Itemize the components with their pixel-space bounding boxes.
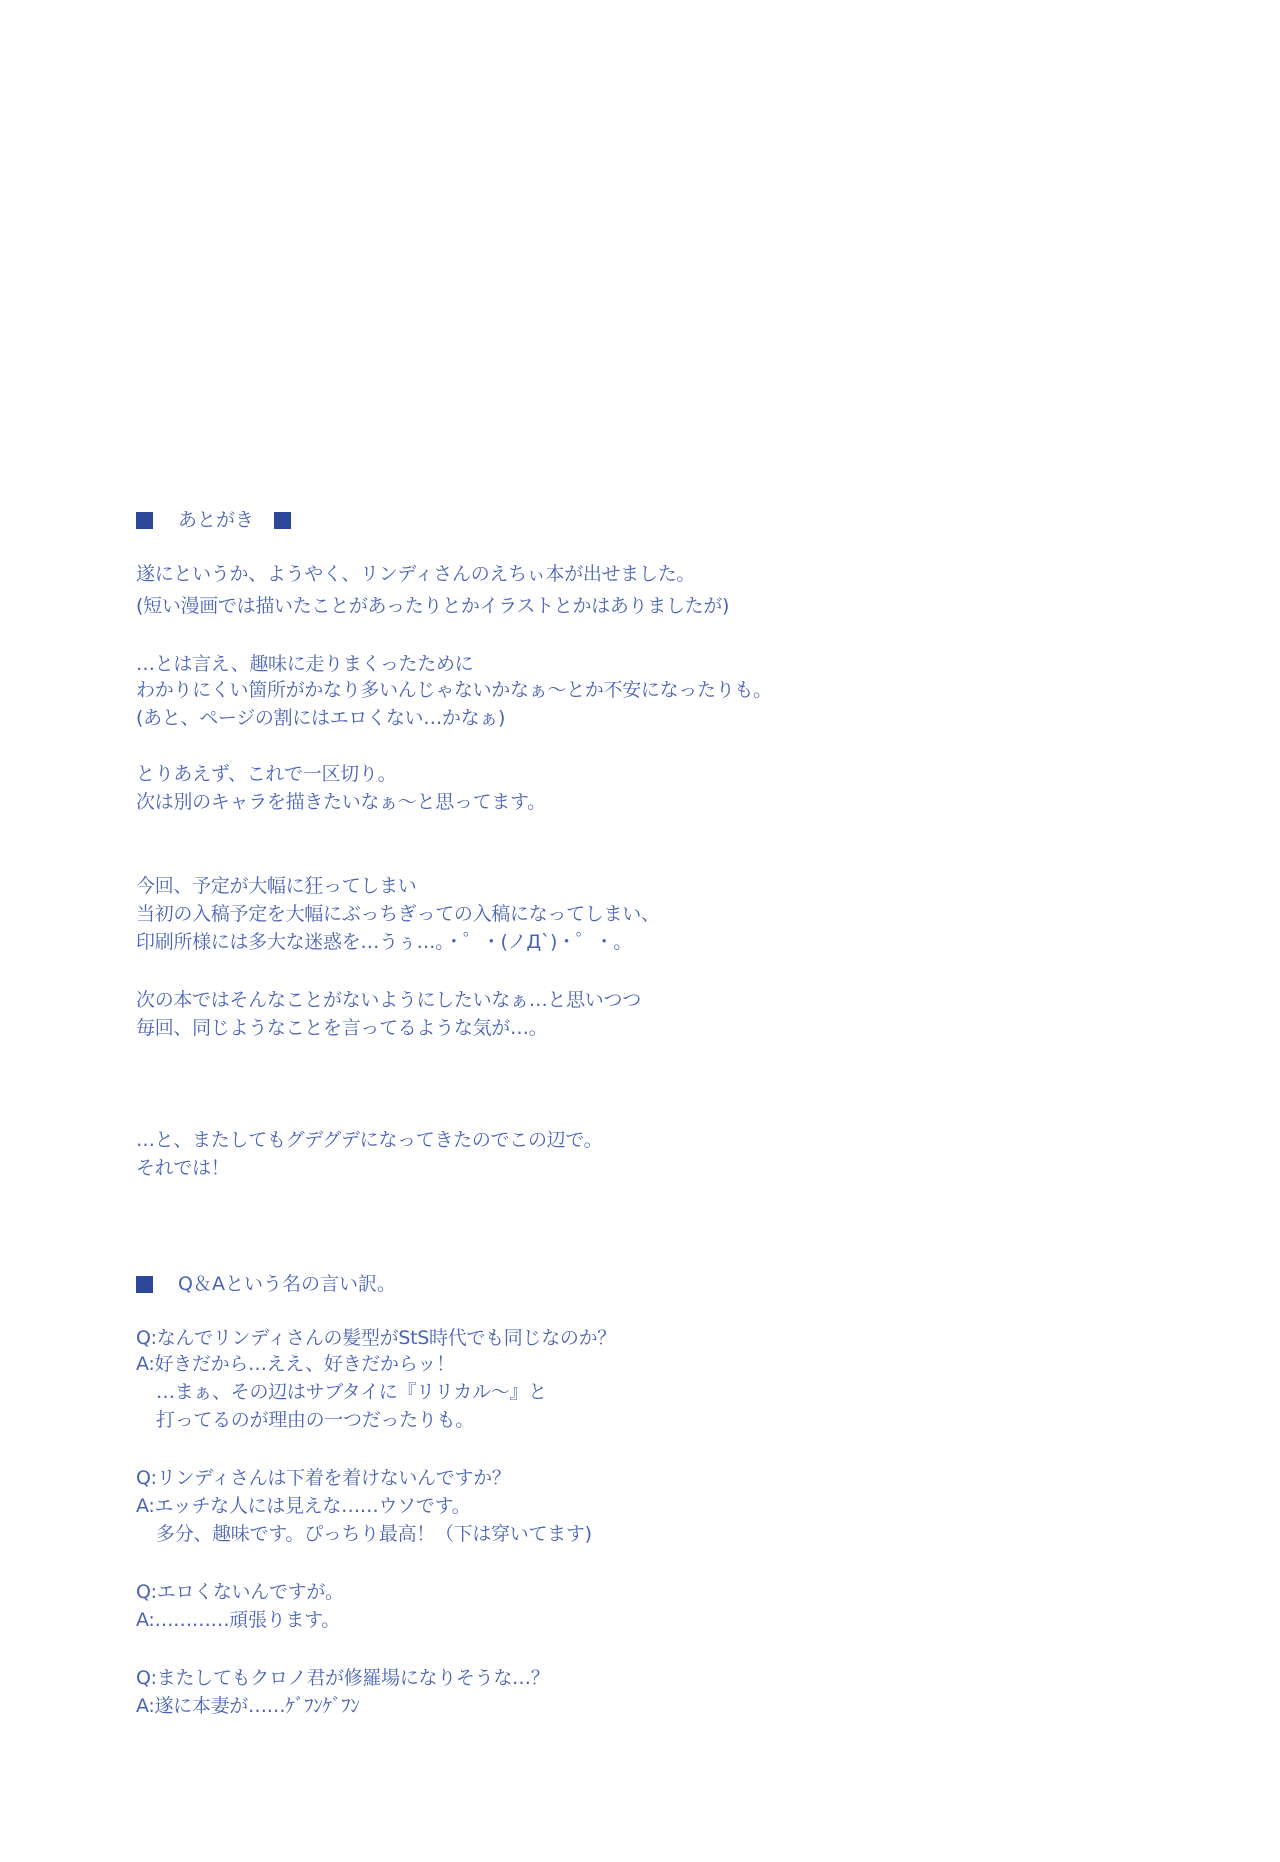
afterword-line: (あと、ページの割にはエロくない…かなぁ) — [136, 706, 505, 730]
afterword-line: とりあえず、これで一区切り。 — [136, 762, 396, 786]
afterword-line: …とは言え、趣味に走りまくったために — [136, 652, 473, 676]
afterword-line: 当初の入稿予定を大幅にぶっちぎっての入稿になってしまい、 — [136, 902, 660, 926]
afterword-heading: あとがき — [136, 508, 291, 532]
afterword-title: あとがき — [178, 508, 254, 532]
afterword-line: 遂にというか、ようやく、リンディさんのえちぃ本が出せました。 — [136, 562, 695, 586]
afterword-line: わかりにくい箇所がかなり多いんじゃないかなぁ〜とか不安になったりも。 — [136, 678, 772, 702]
qa-title: Q＆Aという名の言い訳。 — [178, 1272, 396, 1296]
afterword-line: それでは！ — [136, 1156, 230, 1180]
afterword-line: 今回、予定が大幅に狂ってしまい — [136, 874, 417, 898]
square-marker-icon — [274, 512, 291, 529]
afterword-line: 印刷所様には多大な迷惑を…うぅ…。・゜・(ノД`)・゜・。 — [136, 930, 632, 954]
afterword-line: (短い漫画では描いたことがあったりとかイラストとかはありましたが) — [136, 594, 729, 618]
question: Q:リンディさんは下着を着けないんですか？ — [136, 1466, 511, 1490]
question: Q:なんでリンディさんの髪型がStS時代でも同じなのか？ — [136, 1326, 616, 1350]
answer-continuation: 打ってるのが理由の一つだったりも。 — [156, 1408, 474, 1432]
answer: A:遂に本妻が……ｹﾞﾌﾝｹﾞﾌﾝ — [136, 1694, 360, 1718]
answer: A:…………頑張ります。 — [136, 1608, 340, 1632]
answer: A:エッチな人には見えな……ウソです。 — [136, 1494, 470, 1518]
afterword-line: 次の本ではそんなことがないようにしたいなぁ…と思いつつ — [136, 988, 641, 1012]
question: Q:またしてもクロノ君が修羅場になりそうな…？ — [136, 1666, 549, 1690]
square-marker-icon — [136, 512, 153, 529]
square-marker-icon — [136, 1276, 153, 1293]
answer-continuation: …まぁ、その辺はサブタイに『リリカル〜』と — [156, 1380, 547, 1404]
afterword-line: 次は別のキャラを描きたいなぁ〜と思ってます。 — [136, 790, 546, 814]
answer: A:好きだから…ええ、好きだからッ！ — [136, 1352, 455, 1376]
qa-heading: Q＆Aという名の言い訳。 — [136, 1272, 416, 1296]
answer-continuation: 多分、趣味です。ぴっちり最高！（下は穿いてます) — [156, 1522, 592, 1546]
afterword-line: …と、またしてもグデグデになってきたのでこの辺で。 — [136, 1128, 602, 1152]
afterword-line: 毎回、同じようなことを言ってるような気が…。 — [136, 1016, 547, 1040]
question: Q:エロくないんですが。 — [136, 1580, 344, 1604]
